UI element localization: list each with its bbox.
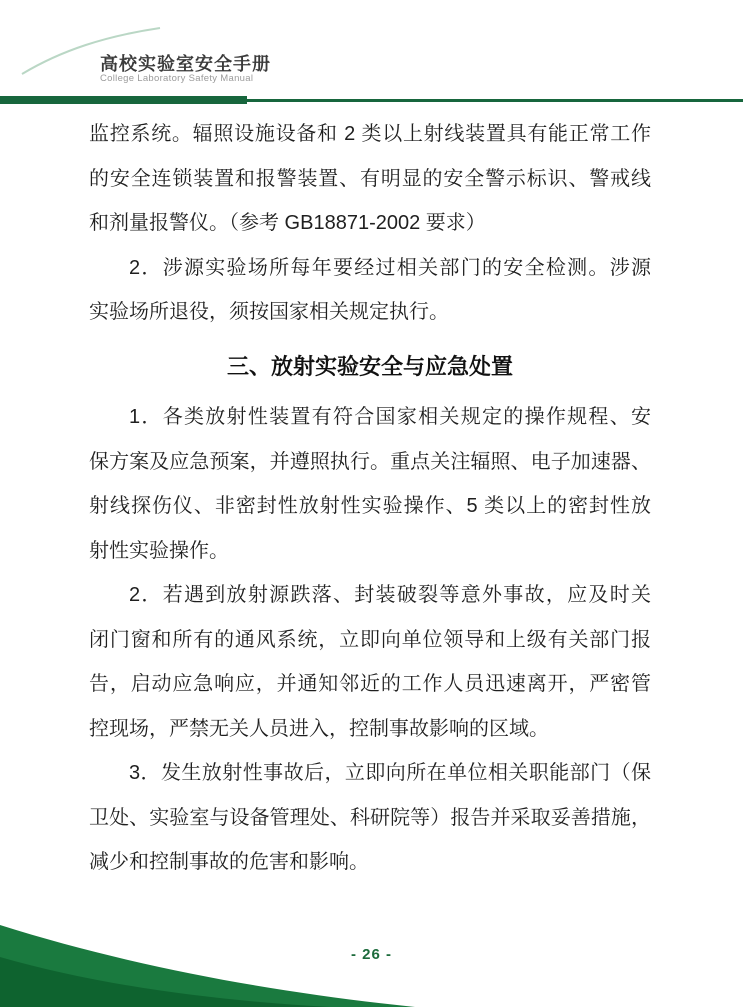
decor-bottom-curve [0,912,743,1007]
text-line: 减少和控制事故的危害和影响。 [89,840,651,885]
text-line: 3．发生放射性事故后，立即向所在单位相关职能部门（保 [89,751,651,796]
text-line: 控现场，严禁无关人员进入，控制事故影响的区域。 [89,707,651,752]
header-rule-thick [0,96,247,104]
text-line: 闭门窗和所有的通风系统，立即向单位领导和上级有关部门报 [89,618,651,663]
manual-subtitle: College Laboratory Safety Manual [100,73,253,84]
text-line: 监控系统。辐照设施设备和 2 类以上射线装置具有能正常工作 [89,112,651,157]
section-heading: 三、放射实验安全与应急处置 [89,345,651,390]
paragraph: 监控系统。辐照设施设备和 2 类以上射线装置具有能正常工作 的安全连锁装置和报警… [89,112,651,246]
paragraph: 2．涉源实验场所每年要经过相关部门的安全检测。涉源 实验场所退役，须按国家相关规… [89,246,651,335]
text-line: 保方案及应急预案，并遵照执行。重点关注辐照、电子加速器、 [89,440,651,485]
header-rule-thin [247,99,743,102]
text-line: 射性实验操作。 [89,529,651,574]
document-body: 监控系统。辐照设施设备和 2 类以上射线装置具有能正常工作 的安全连锁装置和报警… [89,112,651,885]
paragraph: 3．发生放射性事故后，立即向所在单位相关职能部门（保 卫处、实验室与设备管理处、… [89,751,651,885]
text-line: 告，启动应急响应，并通知邻近的工作人员迅速离开，严密管 [89,662,651,707]
text-line: 的安全连锁装置和报警装置、有明显的安全警示标识、警戒线 [89,157,651,202]
text-line: 2．若遇到放射源跌落、封装破裂等意外事故，应及时关 [89,573,651,618]
paragraph: 2．若遇到放射源跌落、封装破裂等意外事故，应及时关 闭门窗和所有的通风系统，立即… [89,573,651,751]
page: 高校实验室安全手册 College Laboratory Safety Manu… [0,0,743,1007]
text-line: 和剂量报警仪。（参考 GB18871-2002 要求） [89,201,651,246]
text-line: 1．各类放射性装置有符合国家相关规定的操作规程、安 [89,395,651,440]
paragraph: 1．各类放射性装置有符合国家相关规定的操作规程、安 保方案及应急预案，并遵照执行… [89,395,651,573]
text-line: 实验场所退役，须按国家相关规定执行。 [89,290,651,335]
text-line: 射线探伤仪、非密封性放射性实验操作、5 类以上的密封性放 [89,484,651,529]
text-line: 2．涉源实验场所每年要经过相关部门的安全检测。涉源 [89,246,651,291]
text-line: 卫处、实验室与设备管理处、科研院等）报告并采取妥善措施， [89,796,651,841]
